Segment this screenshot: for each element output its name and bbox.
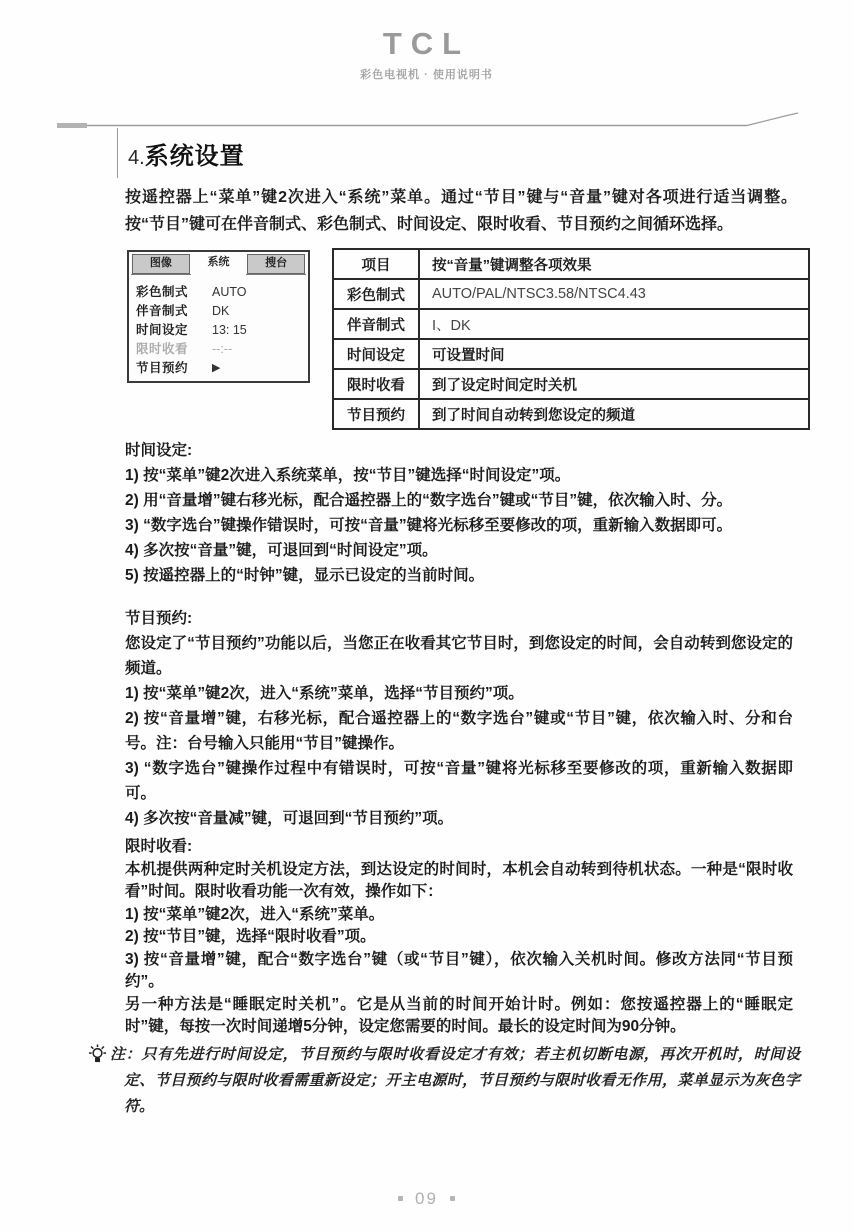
manual-page: TCL 彩色电视机 · 使用说明书 4.系统设置 按遥控器上“菜单”键2次进入“…: [0, 0, 853, 1232]
menu-row-color-system: 彩色制式 AUTO: [136, 283, 301, 302]
step-item: 3) “数字选台”键操作错误时，可按“音量”键将光标移至要修改的项，重新输入数据…: [125, 513, 793, 538]
step-item: 2) 用“音量增”键右移光标，配合遥控器上的“数字选台”键或“节目”键，依次输入…: [125, 488, 793, 513]
settings-spec-table: 项目 按“音量”键调整各项效果 彩色制式 AUTO/PAL/NTSC3.58/N…: [332, 248, 810, 430]
header-rule: [50, 104, 810, 132]
section-title-text: 系统设置: [145, 143, 245, 170]
step-item: 1) 按“菜单”键2次进入系统菜单，按“节目”键选择“时间设定”项。: [125, 463, 793, 488]
heading-left-rule: [117, 128, 118, 178]
tab-picture: 图像: [132, 254, 190, 274]
tip-bulb-icon: [88, 1044, 107, 1064]
tab-system: 系统: [191, 254, 247, 275]
section-heading: 节目预约:: [125, 606, 793, 631]
menu-row-time-setting: 时间设定 13: 15: [136, 321, 301, 340]
table-row: 限时收看 到了设定时间定时关机: [333, 369, 809, 399]
menu-row-limit-watch: 限时收看 --:--: [136, 340, 301, 359]
page-number: 09: [415, 1189, 438, 1209]
table-row: 伴音制式 I、DK: [333, 309, 809, 339]
section-program-reserve: 节目预约: 您设定了“节目预约”功能以后，当您正在收看其它节目时，到您设定的时间…: [125, 606, 793, 831]
menu-row-sound-system: 伴音制式 DK: [136, 302, 301, 321]
table-row: 时间设定 可设置时间: [333, 339, 809, 369]
col-header-item: 项目: [333, 249, 419, 279]
tv-menu-items: 彩色制式 AUTO 伴音制式 DK 时间设定 13: 15 限时收看 --:--…: [129, 275, 308, 378]
col-header-effect: 按“音量”键调整各项效果: [419, 249, 809, 279]
step-item: 5) 按遥控器上的“时钟”键，显示已设定的当前时间。: [125, 563, 793, 588]
tab-search: 搜台: [247, 254, 305, 274]
step-item: 1) 按“菜单”键2次，进入“系统”菜单。: [125, 904, 793, 927]
step-item: 2) 按“节目”键，选择“限时收看”项。: [125, 926, 793, 949]
section-time-setting: 时间设定: 1) 按“菜单”键2次进入系统菜单，按“节目”键选择“时间设定”项。…: [125, 438, 793, 588]
manual-subtitle: 彩色电视机 · 使用说明书: [0, 66, 853, 82]
section-intro: 本机提供两种定时关机设定方法，到达设定的时间时，本机会自动转到待机状态。一种是“…: [125, 859, 793, 904]
step-item: 4) 多次按“音量减”键，可退回到“节目预约”项。: [125, 806, 793, 831]
footer-dot-icon: [450, 1196, 455, 1201]
tv-menu-tabs: 图像 系统 搜台: [131, 254, 306, 275]
section-heading: 时间设定:: [125, 438, 793, 463]
section-intro: 您设定了“节目预约”功能以后，当您正在收看其它节目时，到您设定的时间，会自动转到…: [125, 631, 793, 681]
step-item: 4) 多次按“音量”键，可退回到“时间设定”项。: [125, 538, 793, 563]
table-row: 彩色制式 AUTO/PAL/NTSC3.58/NTSC4.43: [333, 279, 809, 309]
tcl-logo: TCL: [0, 26, 853, 62]
page-footer: 09: [0, 1188, 853, 1209]
arrow-right-icon: ▶: [212, 359, 220, 378]
tv-menu-panel: 图像 系统 搜台 彩色制式 AUTO 伴音制式 DK 时间设定 13: 15 限…: [127, 250, 310, 383]
table-row: 节目预约 到了时间自动转到您设定的频道: [333, 399, 809, 429]
menu-row-program-reserve: 节目预约 ▶: [136, 359, 301, 378]
footer-dot-icon: [398, 1196, 403, 1201]
section-outro: 另一种方法是“睡眠定时关机”。它是从当前的时间开始计时。例如：您按遥控器上的“睡…: [125, 994, 793, 1039]
section-limit-watch: 限时收看: 本机提供两种定时关机设定方法，到达设定的时间时，本机会自动转到待机状…: [125, 836, 793, 1039]
step-item: 3) 按“音量增”键，配合“数字选台”键（或“节目”键），依次输入关机时间。修改…: [125, 949, 793, 994]
note-text: 注：只有先进行时间设定，节目预约与限时收看设定才有效；若主机切断电源，再次开机时…: [110, 1042, 800, 1120]
table-header-row: 项目 按“音量”键调整各项效果: [333, 249, 809, 279]
intro-paragraph: 按遥控器上“菜单”键2次进入“系统”菜单。通过“节目”键与“音量”键对各项进行适…: [125, 184, 797, 238]
section-heading: 限时收看:: [125, 836, 793, 859]
note-label: 注：: [110, 1046, 141, 1063]
page-title: 4.系统设置: [128, 136, 245, 171]
section-number: 4.: [128, 147, 145, 169]
step-item: 1) 按“菜单”键2次，进入“系统”菜单，选择“节目预约”项。: [125, 681, 793, 706]
note-block: 注：只有先进行时间设定，节目预约与限时收看设定才有效；若主机切断电源，再次开机时…: [88, 1042, 800, 1120]
step-item: 2) 按“音量增”键，右移光标，配合遥控器上的“数字选台”键或“节目”键，依次输…: [125, 706, 793, 756]
step-item: 3) “数字选台”键操作过程中有错误时，可按“音量”键将光标移至要修改的项，重新…: [125, 756, 793, 806]
